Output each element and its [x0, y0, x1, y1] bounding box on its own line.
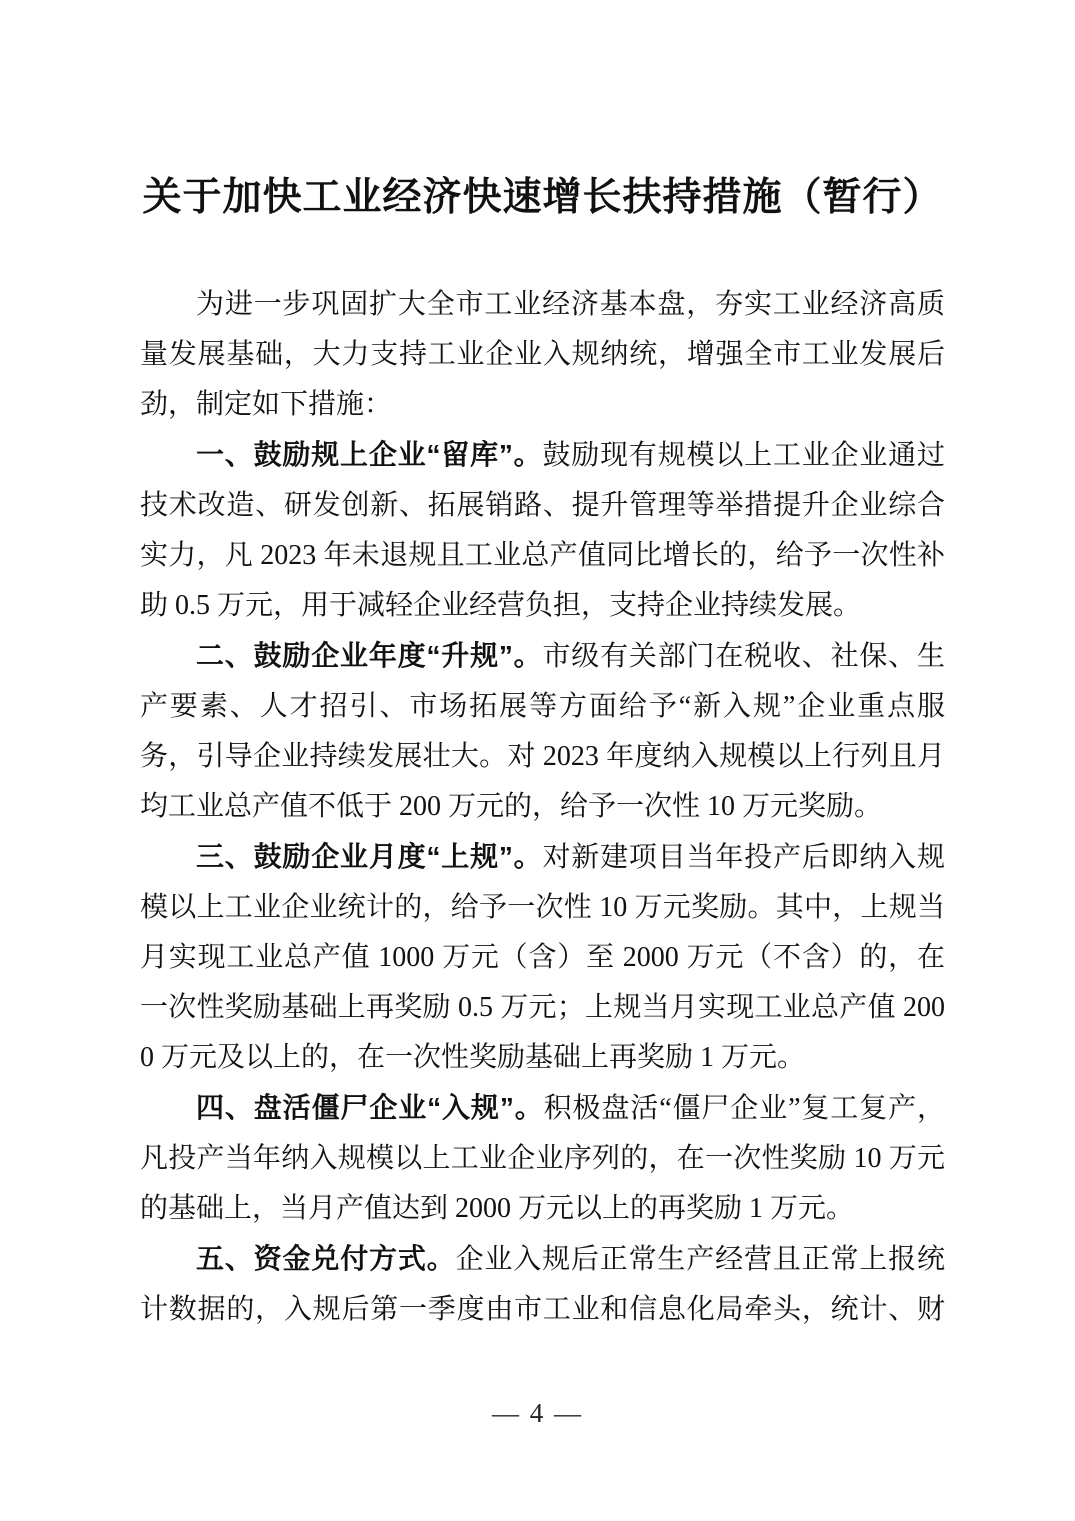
paragraph-section-1: 一、鼓励规上企业“留库”。鼓励现有规模以上工业企业通过技术改造、研发创新、拓展销…: [140, 430, 945, 631]
paragraph-intro: 为进一步巩固扩大全市工业经济基本盘，夯实工业经济高质量发展基础，大力支持工业企业…: [140, 279, 945, 430]
page-number: — 4 —: [0, 1398, 1075, 1429]
paragraph-section-4: 四、盘活僵尸企业“入规”。积极盘活“僵尸企业”复工复产，凡投产当年纳入规模以上工…: [140, 1083, 945, 1234]
paragraph-section-5: 五、资金兑付方式。企业入规后正常生产经营且正常上报统计数据的，入规后第一季度由市…: [140, 1234, 945, 1335]
paragraph-lead: 三、鼓励企业月度“上规”。: [196, 841, 543, 872]
paragraph-lead: 四、盘活僵尸企业“入规”。: [196, 1092, 544, 1123]
document-page: 关于加快工业经济快速增长扶持措施（暂行） 为进一步巩固扩大全市工业经济基本盘，夯…: [0, 0, 1075, 1521]
document-body: 为进一步巩固扩大全市工业经济基本盘，夯实工业经济高质量发展基础，大力支持工业企业…: [140, 279, 945, 1335]
paragraph-lead: 一、鼓励规上企业“留库”。: [196, 439, 543, 470]
paragraph-section-3: 三、鼓励企业月度“上规”。对新建项目当年投产后即纳入规模以上工业企业统计的，给予…: [140, 832, 945, 1083]
document-title: 关于加快工业经济快速增长扶持措施（暂行）: [140, 172, 945, 223]
paragraph-lead: 二、鼓励企业年度“升规”。: [196, 640, 543, 671]
paragraph-text: 对新建项目当年投产后即纳入规模以上工业企业统计的，给予一次性 10 万元奖励。其…: [140, 842, 945, 1073]
paragraph-lead: 五、资金兑付方式。: [196, 1243, 456, 1274]
paragraph-text: 为进一步巩固扩大全市工业经济基本盘，夯实工业经济高质量发展基础，大力支持工业企业…: [140, 289, 945, 420]
paragraph-section-2: 二、鼓励企业年度“升规”。市级有关部门在税收、社保、生产要素、人才招引、市场拓展…: [140, 631, 945, 832]
